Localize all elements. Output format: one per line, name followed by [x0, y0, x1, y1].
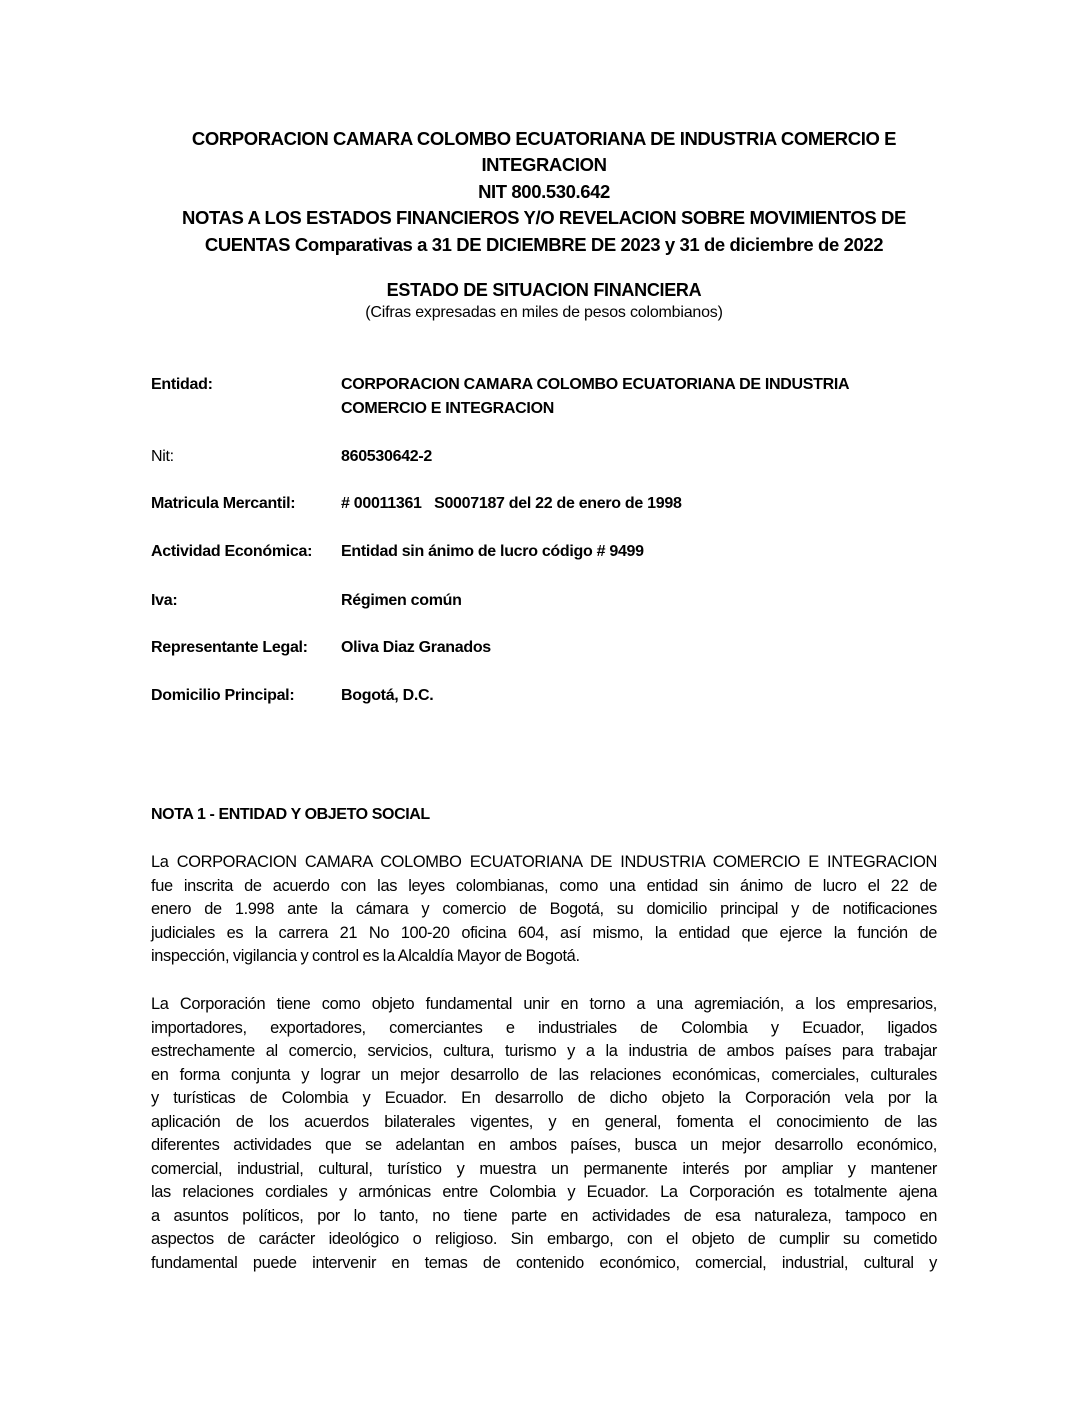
- paragraph-line: y turísticas de Colombia y Ecuador. En d…: [151, 1087, 937, 1111]
- info-label: Matricula Mercantil:: [151, 492, 341, 516]
- info-value: Régimen común: [341, 589, 901, 613]
- paragraph-line: a asuntos políticos, por lo tanto, no ti…: [151, 1205, 937, 1229]
- paragraph-line: judiciales es la carrera 21 No 100-20 of…: [151, 922, 937, 946]
- paragraph-line: La Corporación tiene como objeto fundame…: [151, 993, 937, 1017]
- info-label: Nit:: [151, 445, 341, 469]
- statement-heading: ESTADO DE SITUACION FINANCIERA (Cifras e…: [150, 278, 938, 324]
- paragraph-line: estrechamente al comercio, servicios, cu…: [151, 1040, 937, 1064]
- info-value: CORPORACION CAMARA COLOMBO ECUATORIANA D…: [341, 373, 901, 421]
- info-label: Representante Legal:: [151, 636, 341, 660]
- statement-subtitle: (Cifras expresadas en miles de pesos col…: [150, 302, 938, 324]
- paragraph-line: las relaciones cordiales y armónicas ent…: [151, 1181, 937, 1205]
- info-label: Entidad:: [151, 373, 341, 397]
- paragraph-line: La CORPORACION CAMARA COLOMBO ECUATORIAN…: [151, 851, 937, 875]
- document-page: CORPORACION CAMARA COLOMBO ECUATORIANA D…: [0, 0, 1088, 1408]
- document-header: CORPORACION CAMARA COLOMBO ECUATORIANA D…: [150, 126, 938, 258]
- section-title: NOTA 1 - ENTIDAD Y OBJETO SOCIAL: [151, 803, 430, 827]
- info-label: Iva:: [151, 589, 341, 613]
- info-value: Bogotá, D.C.: [341, 684, 901, 708]
- header-line: INTEGRACION: [150, 152, 938, 178]
- paragraph-line: en forma conjunta y lograr un mejor desa…: [151, 1064, 937, 1088]
- paragraph-line: fue inscrita de acuerdo con las leyes co…: [151, 875, 937, 899]
- paragraph-line: inspección, vigilancia y control es la A…: [151, 945, 937, 969]
- info-value: 860530642-2: [341, 445, 901, 469]
- paragraph-line: importadores, exportadores, comerciantes…: [151, 1017, 937, 1041]
- header-line: CUENTAS Comparativas a 31 DE DICIEMBRE D…: [150, 232, 938, 258]
- info-value-line: COMERCIO E INTEGRACION: [341, 397, 901, 421]
- info-value: # 00011361 S0007187 del 22 de enero de 1…: [341, 492, 901, 516]
- paragraph-2: La Corporación tiene como objeto fundame…: [151, 993, 937, 1275]
- statement-title: ESTADO DE SITUACION FINANCIERA: [150, 278, 938, 302]
- info-label: Domicilio Principal:: [151, 684, 341, 708]
- paragraph-line: enero de 1.998 ante la cámara y comercio…: [151, 898, 937, 922]
- paragraph-line: comercial, industrial, cultural, turísti…: [151, 1158, 937, 1182]
- header-line: NOTAS A LOS ESTADOS FINANCIEROS Y/O REVE…: [150, 205, 938, 231]
- header-line: CORPORACION CAMARA COLOMBO ECUATORIANA D…: [150, 126, 938, 152]
- info-value-line: CORPORACION CAMARA COLOMBO ECUATORIANA D…: [341, 373, 901, 397]
- paragraph-line: aspectos de carácter ideológico o religi…: [151, 1228, 937, 1252]
- paragraph-1: La CORPORACION CAMARA COLOMBO ECUATORIAN…: [151, 851, 937, 969]
- header-nit: NIT 800.530.642: [150, 179, 938, 205]
- info-value: Entidad sin ánimo de lucro código # 9499: [341, 540, 901, 564]
- info-value: Oliva Diaz Granados: [341, 636, 901, 660]
- paragraph-line: aplicación de los acuerdos bilaterales v…: [151, 1111, 937, 1135]
- paragraph-line: diferentes actividades que se adelantan …: [151, 1134, 937, 1158]
- info-label: Actividad Económica:: [151, 540, 341, 564]
- paragraph-line: fundamental puede intervenir en temas de…: [151, 1252, 937, 1276]
